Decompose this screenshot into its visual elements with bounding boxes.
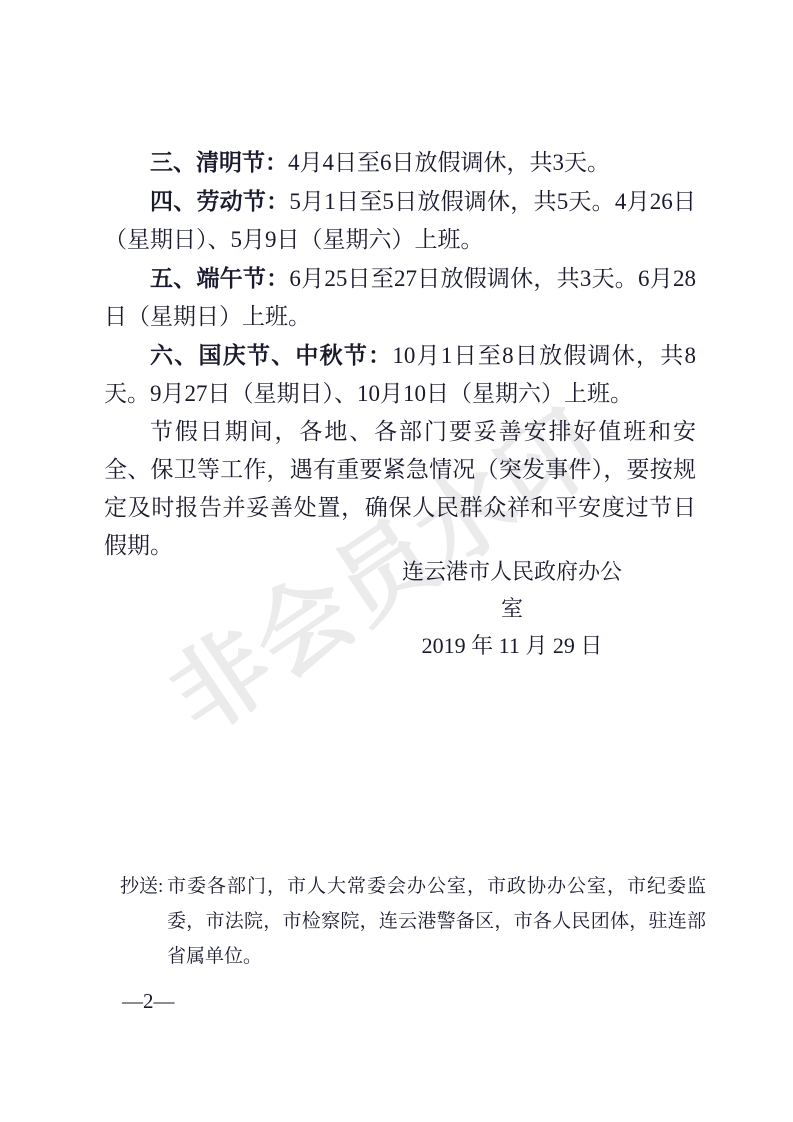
page-number: —2— xyxy=(122,988,175,1014)
paragraph-laodong: 四、劳动节：5月1日至5日放假调休，共5天。4月26日（星期日）、5月9日（星期… xyxy=(104,182,696,259)
cc-recipients: 市委各部门，市人大常委会办公室，市政协办公室，市纪委监委，市法院，市检察院，连云… xyxy=(167,869,706,974)
paragraph-text: 4月4日至6日放假调休，共3天。 xyxy=(288,150,610,175)
paragraph-duanwu: 五、端午节：6月25日至27日放假调休，共3天。6月28日（星期日）上班。 xyxy=(104,259,696,336)
paragraph-guoqing-zhongqiu: 六、国庆节、中秋节：10月1日至8日放假调休，共8天。9月27日（星期日）、10… xyxy=(104,336,696,413)
holiday-label-laodong: 四、劳动节： xyxy=(150,188,289,214)
document-page: 非会员水印 三、清明节：4月4日至6日放假调休，共3天。 四、劳动节：5月1日至… xyxy=(0,0,793,1122)
holiday-label-qingming: 三、清明节： xyxy=(150,149,288,175)
signature-issuer: 连云港市人民政府办公室 xyxy=(393,553,631,627)
paragraph-qingming: 三、清明节：4月4日至6日放假调休，共3天。 xyxy=(104,143,696,182)
holiday-label-guoqing-zhongqiu: 六、国庆节、中秋节： xyxy=(150,342,392,368)
signature-block: 连云港市人民政府办公室 2019 年 11 月 29 日 xyxy=(393,553,631,664)
cc-label: 抄送: xyxy=(120,869,167,904)
paragraph-closing-notice: 节假日期间，各地、各部门要妥善安排好值班和安全、保卫等工作，遇有重要紧急情况（突… xyxy=(104,413,696,565)
holiday-label-duanwu: 五、端午节： xyxy=(150,265,289,291)
paragraph-text: 节假日期间，各地、各部门要妥善安排好值班和安全、保卫等工作，遇有重要紧急情况（突… xyxy=(104,419,696,558)
cc-block: 抄送: 市委各部门，市人大常委会办公室，市政协办公室，市纪委监委，市法院，市检察… xyxy=(120,869,706,974)
signature-date: 2019 年 11 月 29 日 xyxy=(393,627,631,664)
document-body: 三、清明节：4月4日至6日放假调休，共3天。 四、劳动节：5月1日至5日放假调休… xyxy=(104,143,696,565)
